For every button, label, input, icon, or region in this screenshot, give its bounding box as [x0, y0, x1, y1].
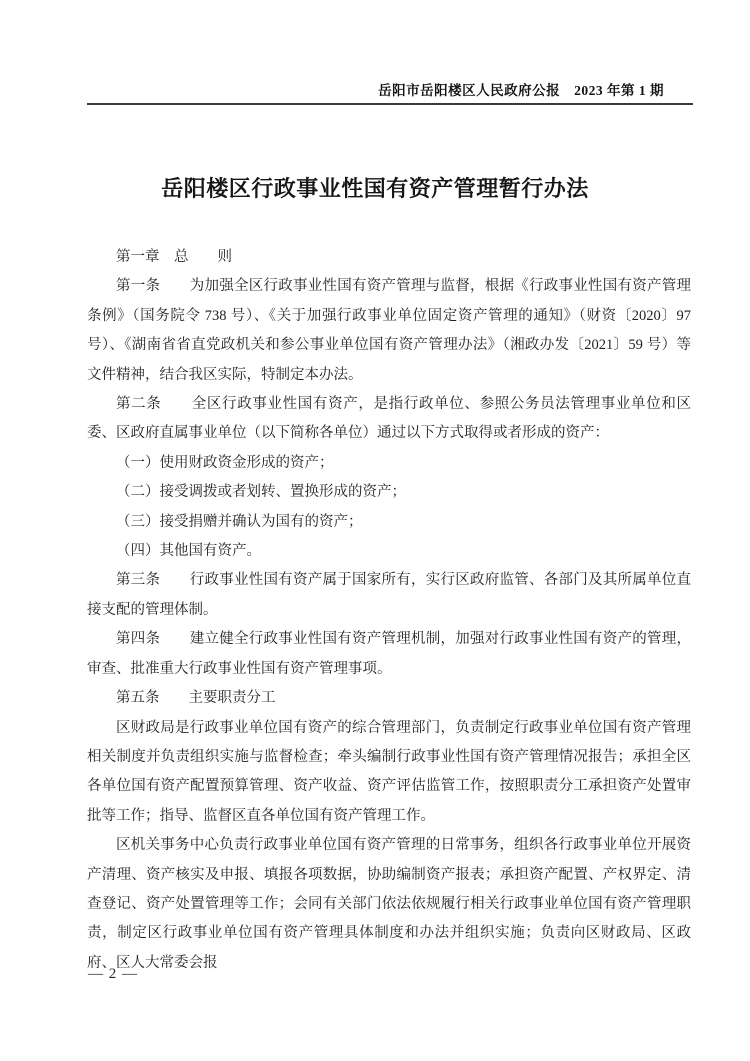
article-1-paragraph: 第一条 为加强全区行政事业性国有资产管理与监督，根据《行政事业性国有资产管理条例…: [87, 272, 691, 390]
list-item-2: （二）接受调拨或者划转、置换形成的资产；: [87, 478, 691, 507]
article-3-paragraph: 第三条 行政事业性国有资产属于国家所有，实行区政府监管、各部门及其所属单位直接支…: [87, 566, 691, 625]
list-item-1: （一）使用财政资金形成的资产；: [87, 449, 691, 478]
article-2-paragraph: 第二条 全区行政事业性国有资产，是指行政单位、参照公务员法管理事业单位和区委、区…: [87, 390, 691, 449]
gazette-page: 岳阳市岳阳楼区人民政府公报 2023 年第 1 期 岳阳楼区行政事业性国有资产管…: [0, 0, 750, 1061]
article-5-heading: 第五条 主要职责分工: [87, 684, 691, 713]
page-number: — 2 —: [88, 966, 138, 982]
list-item-3: （三）接受捐赠并确认为国有的资产；: [87, 508, 691, 537]
article-5-paragraph-2: 区机关事务中心负责行政事业单位国有资产管理的日常事务，组织各行政事业单位开展资产…: [87, 831, 691, 978]
document-title: 岳阳楼区行政事业性国有资产管理暂行办法: [0, 172, 750, 203]
page-footer: — 2 —: [88, 966, 138, 983]
list-item-4: （四）其他国有资产。: [87, 537, 691, 566]
chapter-heading: 第一章 总 则: [87, 243, 691, 272]
article-4-paragraph: 第四条 建立健全行政事业性国有资产管理机制，加强对行政事业性国有资产的管理，审查…: [87, 625, 691, 684]
document-body: 第一章 总 则 第一条 为加强全区行政事业性国有资产管理与监督，根据《行政事业性…: [87, 243, 691, 978]
gazette-masthead: 岳阳市岳阳楼区人民政府公报 2023 年第 1 期: [378, 79, 664, 99]
article-5-paragraph-1: 区财政局是行政事业单位国有资产的综合管理部门，负责制定行政事业单位国有资产管理相…: [87, 714, 691, 832]
page-header: 岳阳市岳阳楼区人民政府公报 2023 年第 1 期: [87, 0, 693, 105]
